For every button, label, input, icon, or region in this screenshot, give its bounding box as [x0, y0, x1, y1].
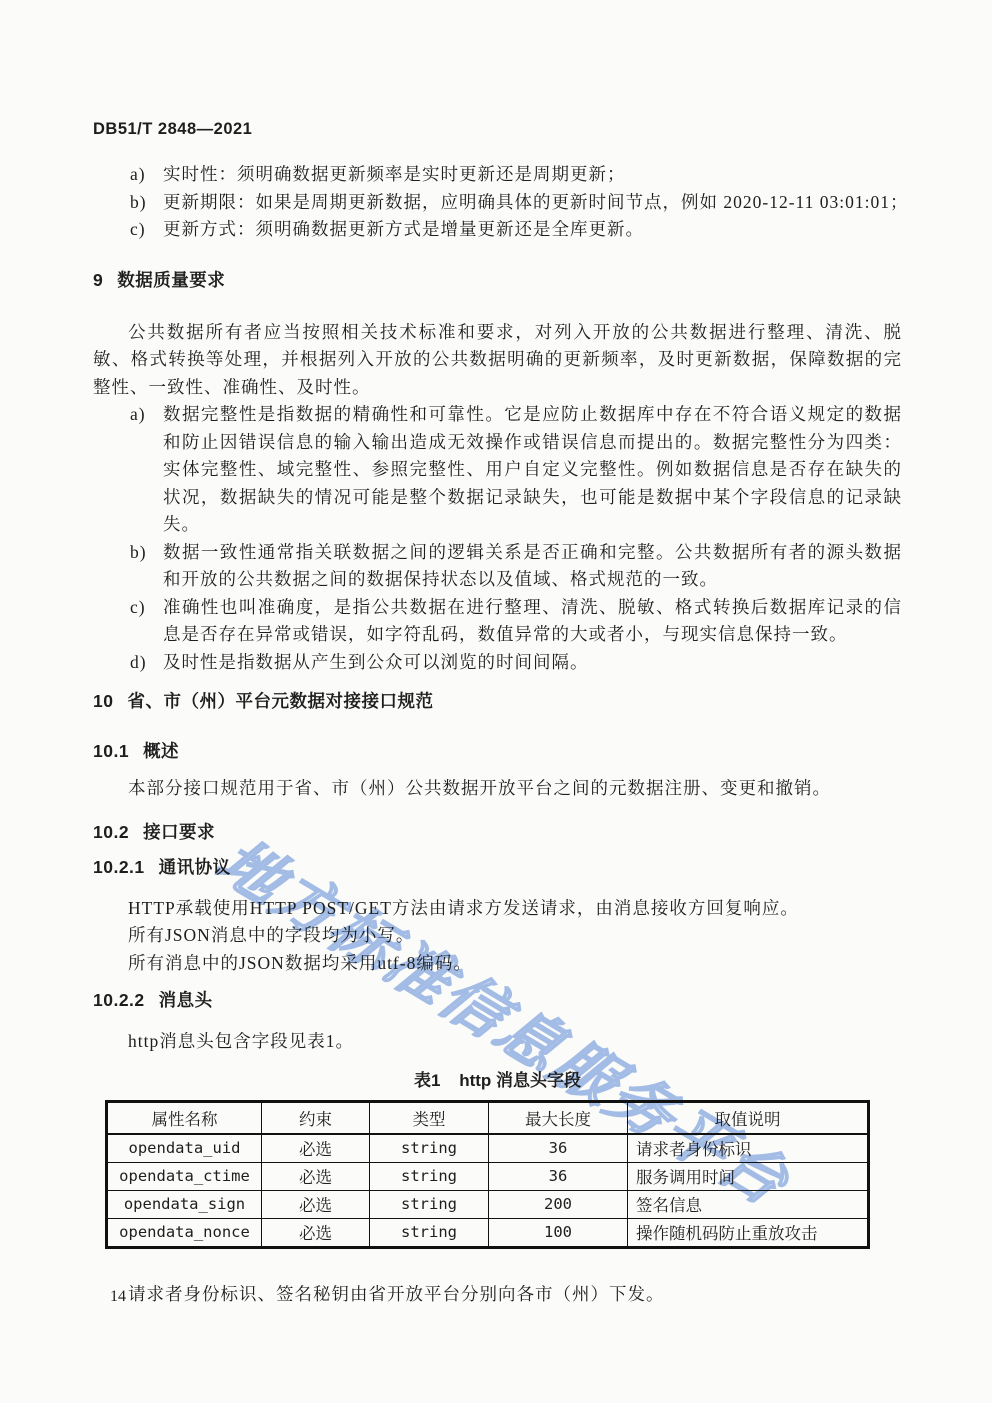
table-row: opendata_uid 必选 string 36 请求者身份标识 [107, 1134, 869, 1163]
section-title: 通讯协议 [159, 856, 231, 878]
protocol-line: HTTP承载使用HTTP POST/GET方法由请求方发送请求，由消息接收方回复… [93, 895, 902, 923]
section-number: 10 [93, 690, 113, 712]
section-title: 省、市（州）平台元数据对接接口规范 [127, 690, 433, 712]
cell-constraint: 必选 [262, 1218, 370, 1247]
update-requirements-list: a) 实时性：须明确数据更新频率是实时更新还是周期更新； b) 更新期限：如果是… [130, 161, 902, 244]
table-note-paragraph: 请求者身份标识、签名秘钥由省开放平台分别向各市（州）下发。 [93, 1281, 902, 1309]
section-9-paragraph: 公共数据所有者应当按照相关技术标准和要求，对列入开放的公共数据进行整理、清洗、脱… [93, 319, 902, 402]
list-item: c) 准确性也叫准确度，是指公共数据在进行整理、清洗、脱敏、格式转换后数据库记录… [130, 594, 902, 649]
cell-constraint: 必选 [262, 1162, 370, 1190]
section-number: 10.2.1 [93, 856, 145, 878]
list-item-text: 准确性也叫准确度，是指公共数据在进行整理、清洗、脱敏、格式转换后数据库记录的信息… [163, 594, 902, 649]
list-item-label: b) [130, 539, 163, 567]
section-number: 10.1 [93, 740, 129, 762]
column-header: 取值说明 [628, 1101, 869, 1134]
cell-constraint: 必选 [262, 1190, 370, 1218]
list-item-text: 更新方式：须明确数据更新方式是增量更新还是全库更新。 [163, 216, 902, 244]
cell-description: 操作随机码防止重放攻击 [628, 1218, 869, 1247]
section-10-2-2-paragraph: http消息头包含字段见表1。 [93, 1028, 902, 1056]
list-item-text: 更新期限：如果是周期更新数据，应明确具体的更新时间节点，例如 2020-12-1… [163, 189, 908, 217]
list-item: b) 更新期限：如果是周期更新数据，应明确具体的更新时间节点，例如 2020-1… [130, 189, 902, 217]
table-row: opendata_ctime 必选 string 36 服务调用时间 [107, 1162, 869, 1190]
list-item-text: 实时性：须明确数据更新频率是实时更新还是周期更新； [163, 161, 902, 189]
table-header-row: 属性名称 约束 类型 最大长度 取值说明 [107, 1101, 869, 1134]
section-title: 数据质量要求 [117, 269, 225, 291]
table-label: 表1 [414, 1071, 440, 1090]
section-title: 概述 [143, 740, 179, 762]
list-item: a) 数据完整性是指数据的精确性和可靠性。它是应防止数据库中存在不符合语义规定的… [130, 401, 902, 539]
cell-max-length: 36 [489, 1162, 628, 1190]
section-10-1-paragraph: 本部分接口规范用于省、市（州）公共数据开放平台之间的元数据注册、变更和撤销。 [93, 775, 902, 803]
cell-type: string [370, 1218, 489, 1247]
list-item-text: 数据完整性是指数据的精确性和可靠性。它是应防止数据库中存在不符合语义规定的数据和… [163, 401, 902, 539]
standard-code: DB51/T 2848—2021 [93, 118, 902, 140]
section-10-2-1-heading: 10.2.1 通讯协议 [93, 856, 902, 878]
cell-attr-name: opendata_ctime [107, 1162, 262, 1190]
cell-max-length: 36 [489, 1134, 628, 1163]
page-content: DB51/T 2848—2021 a) 实时性：须明确数据更新频率是实时更新还是… [0, 0, 992, 1308]
list-item: d) 及时性是指数据从产生到公众可以浏览的时间间隔。 [130, 649, 902, 677]
list-item-label: c) [130, 594, 163, 622]
cell-max-length: 100 [489, 1218, 628, 1247]
cell-description: 服务调用时间 [628, 1162, 869, 1190]
quality-items-list: a) 数据完整性是指数据的精确性和可靠性。它是应防止数据库中存在不符合语义规定的… [130, 401, 902, 676]
list-item-label: a) [130, 161, 163, 189]
list-item-label: c) [130, 216, 163, 244]
protocol-line: 所有JSON消息中的字段均为小写。 [93, 922, 902, 950]
list-item-label: a) [130, 401, 163, 429]
http-header-fields-table: 属性名称 约束 类型 最大长度 取值说明 opendata_uid 必选 str… [105, 1100, 870, 1249]
section-10-2-heading: 10.2 接口要求 [93, 821, 902, 843]
section-number: 9 [93, 269, 103, 291]
protocol-lines: HTTP承载使用HTTP POST/GET方法由请求方发送请求，由消息接收方回复… [93, 895, 902, 978]
list-item-text: 及时性是指数据从产生到公众可以浏览的时间间隔。 [163, 649, 902, 677]
section-9-heading: 9 数据质量要求 [93, 269, 902, 291]
table-row: opendata_sign 必选 string 200 签名信息 [107, 1190, 869, 1218]
page-number: 14 [110, 1288, 126, 1306]
cell-type: string [370, 1162, 489, 1190]
document-page: 地方标准信息服务平台 DB51/T 2848—2021 a) 实时性：须明确数据… [0, 0, 992, 1403]
cell-attr-name: opendata_sign [107, 1190, 262, 1218]
cell-type: string [370, 1190, 489, 1218]
section-10-1-heading: 10.1 概述 [93, 740, 902, 762]
list-item: b) 数据一致性通常指关联数据之间的逻辑关系是否正确和完整。公共数据所有者的源头… [130, 539, 902, 594]
section-number: 10.2 [93, 821, 129, 843]
section-10-2-2-heading: 10.2.2 消息头 [93, 989, 902, 1011]
column-header: 属性名称 [107, 1101, 262, 1134]
cell-attr-name: opendata_nonce [107, 1218, 262, 1247]
column-header: 约束 [262, 1101, 370, 1134]
section-title: 消息头 [159, 989, 213, 1011]
cell-description: 签名信息 [628, 1190, 869, 1218]
list-item-label: d) [130, 649, 163, 677]
cell-type: string [370, 1134, 489, 1163]
protocol-line: 所有消息中的JSON数据均采用utf-8编码。 [93, 950, 902, 978]
column-header: 类型 [370, 1101, 489, 1134]
table-title-text: http 消息头字段 [459, 1071, 581, 1090]
cell-attr-name: opendata_uid [107, 1134, 262, 1163]
cell-description: 请求者身份标识 [628, 1134, 869, 1163]
table-row: opendata_nonce 必选 string 100 操作随机码防止重放攻击 [107, 1218, 869, 1247]
cell-constraint: 必选 [262, 1134, 370, 1163]
list-item: c) 更新方式：须明确数据更新方式是增量更新还是全库更新。 [130, 216, 902, 244]
section-number: 10.2.2 [93, 989, 145, 1011]
column-header: 最大长度 [489, 1101, 628, 1134]
section-title: 接口要求 [143, 821, 215, 843]
table-1-title: 表1 http 消息头字段 [93, 1070, 902, 1092]
list-item: a) 实时性：须明确数据更新频率是实时更新还是周期更新； [130, 161, 902, 189]
cell-max-length: 200 [489, 1190, 628, 1218]
section-10-heading: 10 省、市（州）平台元数据对接接口规范 [93, 690, 902, 712]
list-item-label: b) [130, 189, 163, 217]
list-item-text: 数据一致性通常指关联数据之间的逻辑关系是否正确和完整。公共数据所有者的源头数据和… [163, 539, 902, 594]
